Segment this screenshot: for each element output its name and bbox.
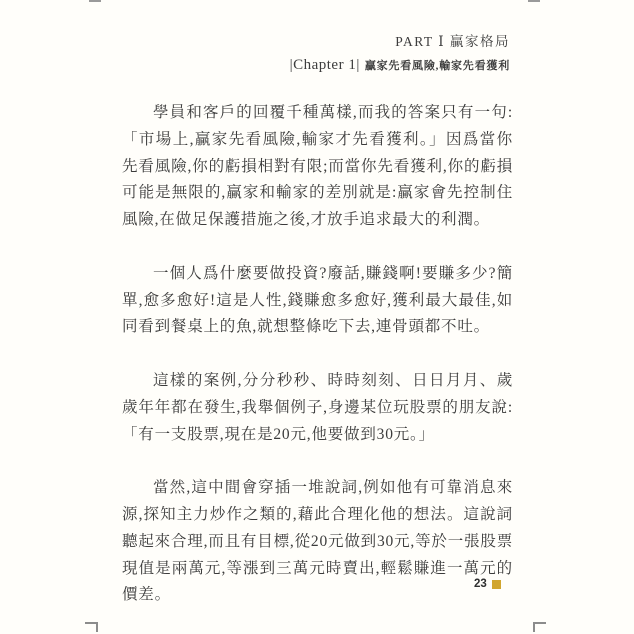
folio: 23: [474, 579, 501, 591]
page-number: 23: [474, 579, 487, 591]
gold-square-ornament: [492, 580, 501, 589]
crop-mark-bottom-right: [533, 622, 546, 632]
paragraph: 當然,這中間會穿插一堆說詞,例如他有可靠消息來源,探知主力炒作之類的,藉此合理化…: [122, 475, 513, 609]
crop-mark-top-right: [528, 0, 540, 2]
crop-mark-bottom-left: [85, 622, 98, 632]
chapter-prefix: |Chapter 1|: [290, 58, 360, 73]
body-text: 學員和客戶的回覆千種萬樣,而我的答案只有一句:「市場上,贏家先看風險,輸家才先看…: [122, 100, 513, 634]
running-head: PART Ⅰ 贏家格局 |Chapter 1| 贏家先看風險,輸家先看獲利: [290, 35, 510, 73]
part-title: PART Ⅰ 贏家格局: [290, 35, 510, 49]
paragraph: 這樣的案例,分分秒秒、時時刻刻、日日月月、歲歲年年都在發生,我舉個例子,身邊某位…: [122, 368, 513, 448]
chapter-line: |Chapter 1| 贏家先看風險,輸家先看獲利: [290, 58, 510, 73]
chapter-title: 贏家先看風險,輸家先看獲利: [365, 61, 510, 72]
crop-mark-top-left: [89, 0, 101, 2]
paragraph: 一個人爲什麼要做投資?廢話,賺錢啊!要賺多少?簡單,愈多愈好!這是人性,錢賺愈多…: [122, 261, 513, 341]
paragraph: 學員和客戶的回覆千種萬樣,而我的答案只有一句:「市場上,贏家先看風險,輸家才先看…: [122, 100, 513, 234]
